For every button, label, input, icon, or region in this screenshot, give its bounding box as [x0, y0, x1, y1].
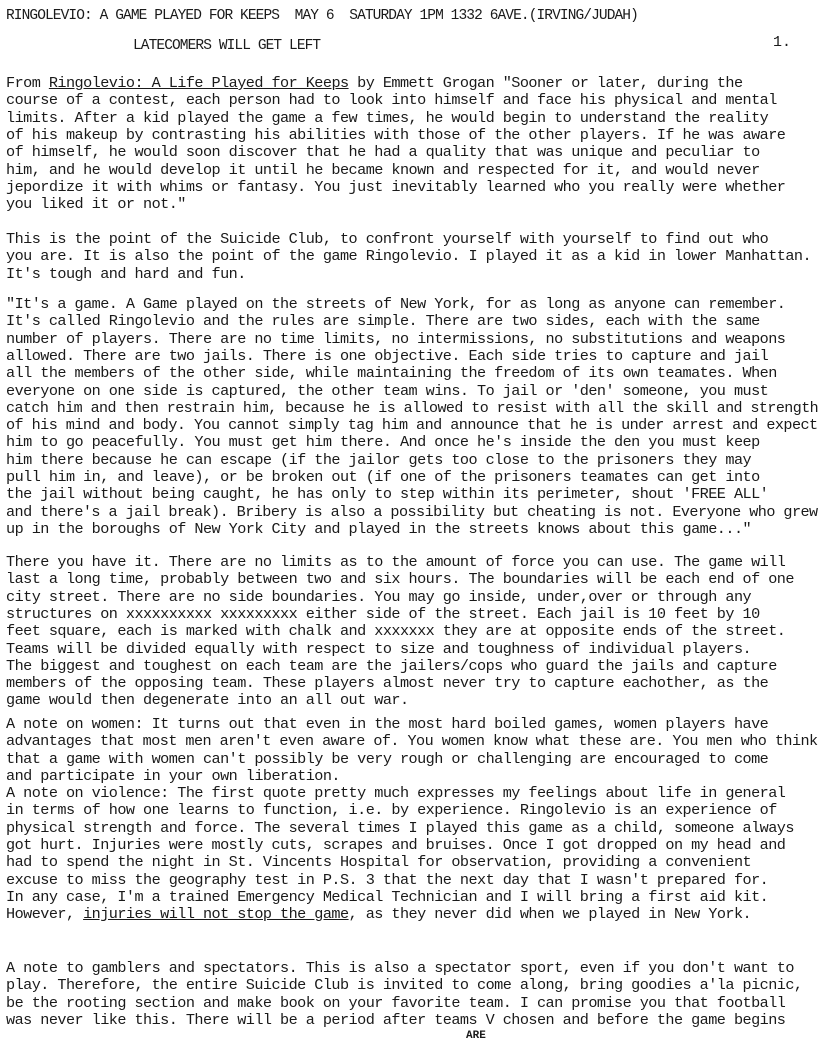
text-line: and there's a jail break). Bribery is al… [6, 504, 818, 521]
handwritten-insert: ARE [466, 1030, 486, 1042]
text-line: excuse to miss the geography test in P.S… [6, 872, 768, 889]
text-line: up in the boroughs of New York City and … [6, 521, 751, 538]
text-line: feet square, each is marked with chalk a… [6, 623, 785, 640]
underlined-title: Ringolevio: A Life Played for Keeps [49, 74, 349, 92]
text-line: in terms of how one learns to function, … [6, 802, 777, 819]
text-line: However, injuries will not stop the game… [6, 906, 751, 923]
text-line: game would then degenerate into an all o… [6, 692, 409, 709]
text-line: catch him and then restrain him, because… [6, 400, 818, 417]
text-line: everyone on one side is captured, the ot… [6, 383, 768, 400]
text-line: be the rooting section and make book on … [6, 995, 785, 1012]
text-line: It's tough and hard and fun. [6, 266, 246, 283]
underlined-title: injuries will not stop the game [83, 905, 348, 923]
text-line: got hurt. Injuries were mostly cuts, scr… [6, 837, 785, 854]
header-title: RINGOLEVIO: A GAME PLAYED FOR KEEPS MAY … [6, 8, 638, 25]
text-line: There you have it. There are no limits a… [6, 554, 785, 571]
text-line: limits. After a kid played the game a fe… [6, 110, 768, 127]
text-line: A note on women: It turns out that even … [6, 716, 768, 733]
text-line: structures on xxxxxxxxxx xxxxxxxxx eithe… [6, 606, 760, 623]
text-line: Teams will be divided equally with respe… [6, 641, 751, 658]
text-line: In any case, I'm a trained Emergency Med… [6, 889, 768, 906]
text-line: you are. It is also the point of the gam… [6, 248, 811, 265]
text-line: The biggest and toughest on each team ar… [6, 658, 777, 675]
text-line: all the members of the other side, while… [6, 365, 777, 382]
text-line: you liked it or not." [6, 196, 186, 213]
text-line: him, and he would develop it until he be… [6, 162, 760, 179]
text-line: play. Therefore, the entire Suicide Club… [6, 977, 802, 994]
text-line: him to go peacefully. You must get him t… [6, 434, 760, 451]
text-line: that a game with women can't possibly be… [6, 751, 768, 768]
text-line: last a long time, probably between two a… [6, 571, 794, 588]
text-line: pull him in, and leave), or be broken ou… [6, 469, 760, 486]
text-line: course of a contest, each person had to … [6, 92, 777, 109]
text-line: jepordize it with whims or fantasy. You … [6, 179, 785, 196]
text-line: A note on violence: The first quote pret… [6, 785, 785, 802]
text-line: advantages that most men aren't even awa… [6, 733, 818, 750]
text-line: of his mind and body. You cannot simply … [6, 417, 818, 434]
header-subtitle: LATECOMERS WILL GET LEFT [133, 38, 320, 55]
text-line: "It's a game. A Game played on the stree… [6, 296, 785, 313]
text-line: number of players. There are no time lim… [6, 331, 785, 348]
text-line: and participate in your own liberation. [6, 768, 340, 785]
typewritten-page: RINGOLEVIO: A GAME PLAYED FOR KEEPS MAY … [0, 0, 826, 1052]
text-line: From Ringolevio: A Life Played for Keeps… [6, 75, 743, 92]
text-line: city street. There are no side boundarie… [6, 589, 751, 606]
text-line: It's called Ringolevio and the rules are… [6, 313, 760, 330]
text-line: had to spend the night in St. Vincents H… [6, 854, 751, 871]
text-line: This is the point of the Suicide Club, t… [6, 231, 768, 248]
text-line: allowed. There are two jails. There is o… [6, 348, 768, 365]
text-line: him there because he can escape (if the … [6, 452, 751, 469]
text-line: of himself, he would soon discover that … [6, 144, 760, 161]
text-line: A note to gamblers and spectators. This … [6, 960, 794, 977]
page-number: 1. [773, 34, 791, 51]
text-line: of his makeup by contrasting his abiliti… [6, 127, 785, 144]
text-line: the jail without being caught, he has on… [6, 486, 768, 503]
text-line: physical strength and force. The several… [6, 820, 794, 837]
text-line: was never like this. There will be a per… [6, 1012, 785, 1029]
text-line: members of the opposing team. These play… [6, 675, 768, 692]
